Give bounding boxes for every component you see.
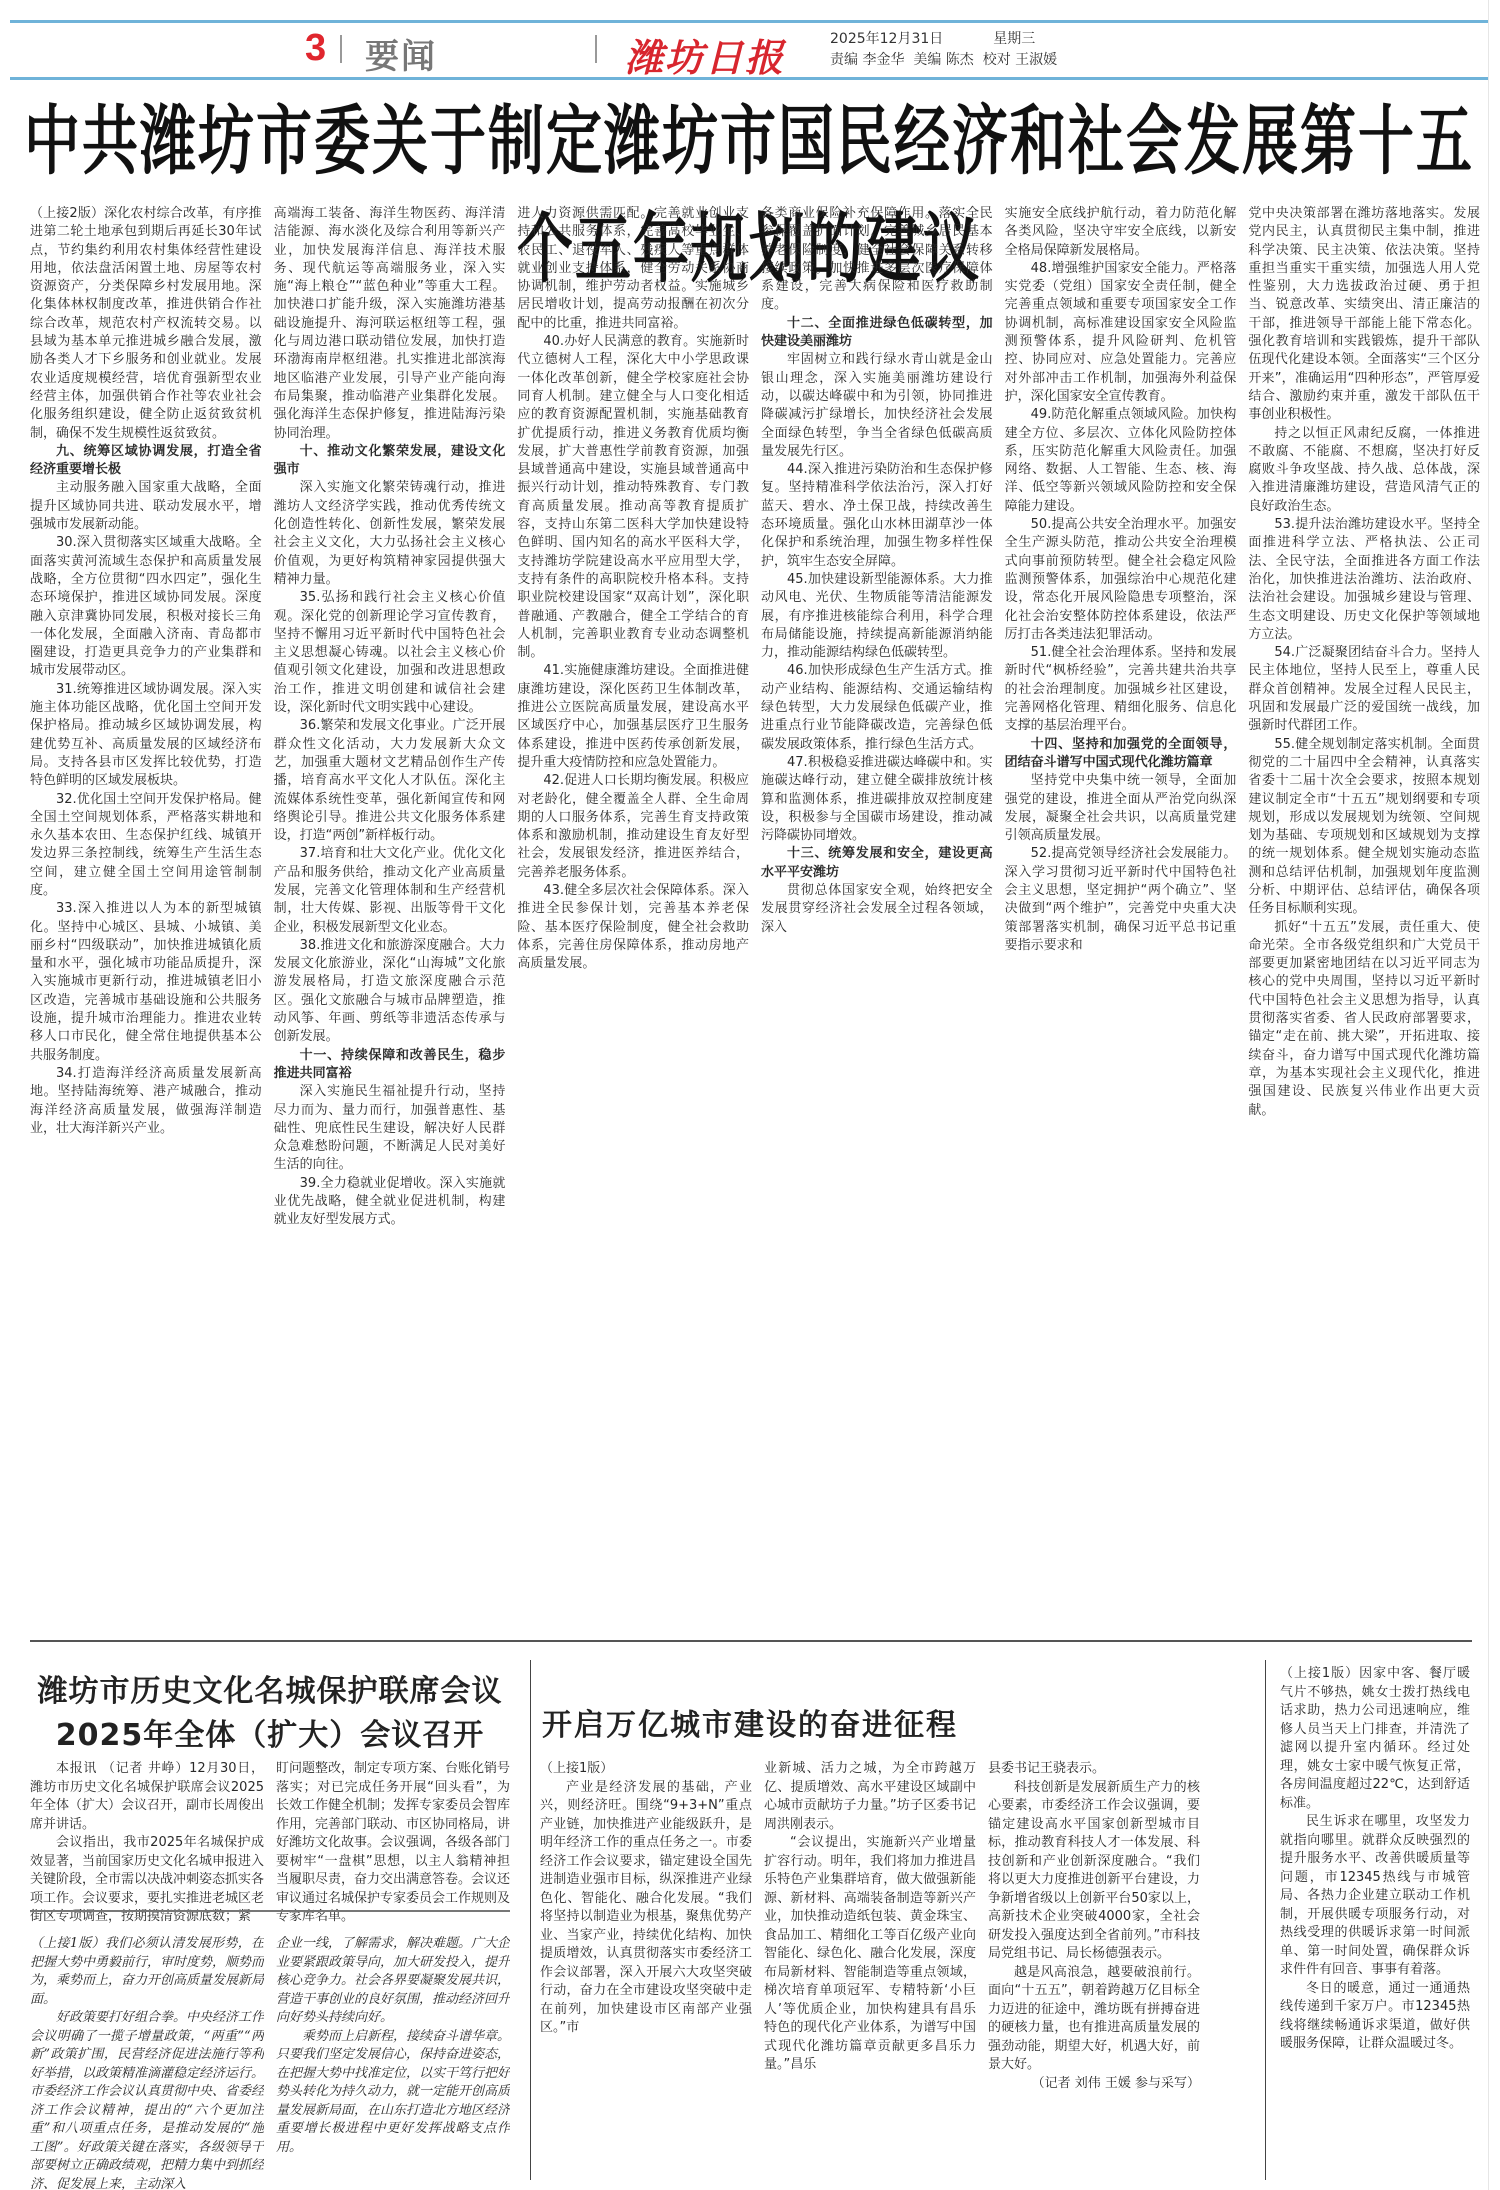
city-article-body: （上接1版）产业是经济发展的基础，产业兴，则经济旺。围绕“9+3+N”重点产业链… [540,1760,1200,2180]
date-row: 2025年12月31日星期三 [830,29,1057,50]
paragraph: 高端海工装备、海洋生物医药、海洋清洁能源、海水淡化及综合利用等新兴产业，加快发展… [274,205,506,443]
paragraph: 35.弘扬和践行社会主义核心价值观。深化党的创新理论学习宣传教育，坚持不懈用习近… [274,589,506,717]
paragraph: 持之以恒正风肃纪反腐，一体推进不敢腐、不能腐、不想腐，坚决打好反腐败斗争攻坚战、… [1248,425,1480,516]
issue-date: 2025年12月31日 [830,31,943,47]
paragraph: 民生诉求在哪里，攻坚发力就指向哪里。就群众反映强烈的提升服务水平、改善供暖质量等… [1280,1813,1470,1980]
issue-weekday: 星期三 [993,31,1035,47]
paragraph: 县委书记王骁表示。 [988,1760,1200,1779]
paper-logo: 潍坊日报 [625,27,785,82]
paragraph: “会议提出，实施新兴产业增量扩容行动。明年，我们将加力推进昌乐特色产业集群培育，… [764,1834,976,2075]
heritage-title-line2: 2025年全体（扩大）会议召开 [30,1714,510,1758]
masthead-info: 2025年12月31日星期三 责编 李金华 美编 陈杰 校对 王淑媛 [830,29,1057,71]
paragraph: 科技创新是发展新质生产力的核心要素，市委经济工作会议强调，要锚定建设高水平国家创… [988,1779,1200,1964]
paragraph: 54.广泛凝聚团结奋斗合力。坚持人民主体地位，坚持人民至上，尊重人民群众首创精神… [1248,644,1480,735]
paragraph: （上接2版）深化农村综合改革，有序推进第二轮土地承包到期后再延长30年试点，节约… [30,205,262,443]
paragraph: （上接1版）因家中客、餐厅暖气片不够热，姚女士拨打热线电话求助，热力公司迅速响应… [1280,1665,1470,1813]
paragraph: （上接1版） [540,1760,752,1779]
text-column: 企业一线，了解需求，解决难题。广大企业要紧跟政策导向，加大研发投入，提升核心竞争… [276,1935,510,2190]
text-column: （上接1版）我们必须认清发展形势，在把握大势中勇毅前行，审时度势，顺势而为，乘势… [30,1935,264,2190]
paragraph: 45.加快建设新型能源体系。大力推动风电、光伏、生物质能等清洁能源发展，有序推进… [761,571,993,662]
text-column: 高端海工装备、海洋生物医药、海洋清洁能源、海水淡化及综合利用等新兴产业，加快发展… [274,205,506,1625]
paragraph: 产业是经济发展的基础，产业兴，则经济旺。围绕“9+3+N”重点产业链，加快推进产… [540,1779,752,2038]
paragraph: 34.打造海洋经济高质量发展新高地。坚持陆海统筹、港产城融合，推动海洋经济高质量… [30,1065,262,1138]
paragraph: 51.健全社会治理体系。坚持和发展新时代“枫桥经验”，完善共建共治共享的社会治理… [1005,644,1237,735]
paragraph: 深入实施民生福祉提升行动，坚持尽力而为、量力而行，加强普惠性、基础性、兜底性民生… [274,1083,506,1174]
heritage-article-title: 潍坊市历史文化名城保护联席会议 2025年全体（扩大）会议召开 [30,1670,510,1758]
text-column: （上接1版）产业是经济发展的基础，产业兴，则经济旺。围绕“9+3+N”重点产业链… [540,1760,752,2180]
paragraph: 30.深入贯彻落实区域重大战略。全面落实黄河流域生态保护和高质量发展战略，全方位… [30,534,262,680]
paragraph: 乘势而上启新程，接续奋斗谱华章。只要我们坚定发展信心，保持奋进姿态，在把握大势中… [276,2028,510,2158]
main-article-body: （上接2版）深化农村综合改革，有序推进第二轮土地承包到期后再延长30年试点，节约… [30,205,1480,1625]
text-column: 实施安全底线护航行动，着力防范化解各类风险，坚决守牢安全底线，以新安全格局保障新… [1005,205,1237,1625]
text-column: 县委书记王骁表示。科技创新是发展新质生产力的核心要素，市委经济工作会议强调，要锚… [988,1760,1200,2180]
section-subheading: 十四、坚持和加强党的全面领导，团结奋斗谱写中国式现代化潍坊篇章 [1005,736,1237,773]
paragraph: 43.健全多层次社会保障体系。深入推进全民参保计划，完善基本养老保险、基本医疗保… [517,882,749,973]
text-column: 本报讯 （记者 井峥）12月30日，潍坊市历史文化名城保护联席会议2025年全体… [30,1760,264,1927]
newspaper-page: 3 要闻 潍坊日报 2025年12月31日星期三 责编 李金华 美编 陈杰 校对… [10,0,1489,2190]
paragraph: 47.积极稳妥推进碳达峰碳中和。实施碳达峰行动，建立健全碳排放统计核算和监测体系… [761,754,993,845]
text-column: 党中央决策部署在潍坊落地落实。发展党内民主，认真贯彻民主集中制，推进科学决策、民… [1248,205,1480,1625]
section-subheading: 十、推动文化繁荣发展，建设文化强市 [274,443,506,480]
paragraph: 41.实施健康潍坊建设。全面推进健康潍坊建设，深化医药卫生体制改革，推进公立医院… [517,662,749,772]
paragraph: 42.促进人口长期均衡发展。积极应对老龄化，健全覆盖全人群、全生命周期的人口服务… [517,772,749,882]
paragraph: 各类商业保险补充保障作用。落实全民参保覆盖扩面计划，完善城乡居民基本养老保险制度… [761,205,993,315]
paragraph: 业新城、活力之城，为全市跨越万亿、提质增效、高水平建设区域副中心城市贡献坊子力量… [764,1760,976,1834]
page-number: 3 [305,27,326,70]
paragraph: 52.提高党领导经济社会发展能力。深入学习贯彻习近平新时代中国特色社会主义思想，… [1005,845,1237,955]
paragraph: 32.优化国土空间开发保护格局。健全国土空间规划体系，严格落实耕地和永久基本农田… [30,791,262,901]
paragraph: 48.增强维护国家安全能力。严格落实党委（党组）国家安全责任制，健全完善重点领域… [1005,260,1237,406]
section-subheading: 十一、持续保障和改善民生，稳步推进共同富裕 [274,1047,506,1084]
section-divider [30,1640,1472,1642]
section-name: 要闻 [365,29,437,78]
paragraph: （上接1版）我们必须认清发展形势，在把握大势中勇毅前行，审时度势，顺势而为，乘势… [30,1935,264,2009]
paragraph: 主动服务融入国家重大战略，全面提升区域协同共进、联动发展水平，增强城市发展新动能… [30,479,262,534]
editors-credit: 责编 李金华 美编 陈杰 校对 王淑媛 [830,50,1057,71]
text-column: （上接2版）深化农村综合改革，有序推进第二轮土地承包到期后再延长30年试点，节约… [30,205,262,1625]
paragraph: 实施安全底线护航行动，着力防范化解各类风险，坚决守牢安全底线，以新安全格局保障新… [1005,205,1237,260]
paragraph: 贯彻总体国家安全观，始终把安全发展贯穿经济社会发展全过程各领域，深入 [761,882,993,937]
paragraph: 坚持党中央集中统一领导，全面加强党的建设，推进全面从严治党向纵深发展，凝聚全社会… [1005,772,1237,845]
text-column: 各类商业保险补充保障作用。落实全民参保覆盖扩面计划，完善城乡居民基本养老保险制度… [761,205,993,1625]
section-subheading: 九、统筹区域协调发展，打造全省经济重要增长极 [30,443,262,480]
paragraph: 44.深入推进污染防治和生态保护修复。坚持精准科学依法治污，深入打好蓝天、碧水、… [761,461,993,571]
paragraph: 49.防范化解重点领域风险。加快构建全方位、多层次、立体化风险防控体系，压实防范… [1005,406,1237,516]
heritage-article-body: 本报讯 （记者 井峥）12月30日，潍坊市历史文化名城保护联席会议2025年全体… [30,1760,510,1927]
paragraph: 牢固树立和践行绿水青山就是金山银山理念，深入实施美丽潍坊建设行动，以碳达峰碳中和… [761,351,993,461]
column-divider [530,1660,531,2180]
paragraph: 冬日的暖意，通过一通通热线传递到千家万户。市12345热线将继续畅通诉求渠道，做… [1280,1980,1470,2054]
byline: （记者 刘伟 王媛 参与采写） [988,2075,1200,2094]
masthead-divider [340,35,342,63]
article-divider [30,1910,510,1912]
paragraph: 50.提高公共安全治理水平。加强安全生产源头防范，推动公共安全治理模式向事前预防… [1005,516,1237,644]
paragraph: 33.深入推进以人为本的新型城镇化。坚持中心城区、县城、小城镇、美丽乡村“四级联… [30,900,262,1065]
column-divider [1265,1660,1266,2180]
text-column: （上接1版）因家中客、餐厅暖气片不够热，姚女士拨打热线电话求助，热力公司迅速响应… [1280,1665,1470,2054]
paragraph: 39.全力稳就业促增收。深入实施就业优先战略，健全就业促进机制，构建就业友好型发… [274,1175,506,1230]
paragraph: 46.加快形成绿色生产生活方式。推动产业结构、能源结构、交通运输结构绿色转型，大… [761,662,993,753]
heating-article-body: （上接1版）因家中客、餐厅暖气片不够热，姚女士拨打热线电话求助，热力公司迅速响应… [1280,1665,1470,2054]
paragraph: 36.繁荣和发展文化事业。广泛开展群众性文化活动，大力发展新大众文艺，加强重大题… [274,717,506,845]
text-column: 盯问题整改，制定专项方案、台账化销号落实；对已完成任务开展“回头看”，为长效工作… [276,1760,510,1927]
heritage-title-line1: 潍坊市历史文化名城保护联席会议 [30,1670,510,1714]
paragraph: 党中央决策部署在潍坊落地落实。发展党内民主，认真贯彻民主集中制，推进科学决策、民… [1248,205,1480,425]
paragraph: 55.健全规划制定落实机制。全面贯彻党的二十届四中全会精神，认真落实省委十二届十… [1248,736,1480,919]
paragraph: 越是风高浪急，越要破浪前行。面向“十五五”，朝着跨越万亿目标全力迈进的征途中，潍… [988,1964,1200,2075]
paragraph: 好政策要打好组合拳。中央经济工作会议明确了一揽子增量政策，“两重”“两新”政策扩… [30,2009,264,2190]
paragraph: 进人力资源供需匹配。完善就业创业支持和公共服务体系，完善高校毕业生、农民工、退役… [517,205,749,333]
city-article-title: 开启万亿城市建设的奋进征程 [540,1700,960,1744]
paragraph: 38.推进文化和旅游深度融合。大力发展文化旅游业，深化“山海城”文化旅游发展格局… [274,937,506,1047]
paragraph: 40.办好人民满意的教育。实施新时代立德树人工程，深化大中小学思政课一体化改革创… [517,333,749,662]
paragraph: 盯问题整改，制定专项方案、台账化销号落实；对已完成任务开展“回头看”，为长效工作… [276,1760,510,1927]
paragraph: 抓好“十五五”发展，责任重大、使命光荣。全市各级党组织和广大党员干部要更加紧密地… [1248,919,1480,1120]
section-subheading: 十三、统筹发展和安全，建设更高水平平安潍坊 [761,845,993,882]
text-column: 进人力资源供需匹配。完善就业创业支持和公共服务体系，完善高校毕业生、农民工、退役… [517,205,749,1625]
paragraph: 企业一线，了解需求，解决难题。广大企业要紧跟政策导向，加大研发投入，提升核心竞争… [276,1935,510,2028]
masthead: 3 要闻 潍坊日报 2025年12月31日星期三 责编 李金华 美编 陈杰 校对… [10,20,1488,80]
paragraph: 会议指出，我市2025年名城保护成效显著，当前国家历史文化名城申报进入关键阶段，… [30,1834,264,1927]
section-subheading: 十二、全面推进绿色低碳转型，加快建设美丽潍坊 [761,315,993,352]
commentary-article-body: （上接1版）我们必须认清发展形势，在把握大势中勇毅前行，审时度势，顺势而为，乘势… [30,1935,510,2190]
paragraph: 深入实施文化繁荣铸魂行动，推进潍坊人文经济学实践，推动优秀传统文化创造性转化、创… [274,479,506,589]
paragraph: 37.培育和壮大文化产业。优化文化产品和服务供给，推动文化产业高质量发展，完善文… [274,845,506,936]
paragraph: 53.提升法治潍坊建设水平。坚持全面推进科学立法、严格执法、公正司法、全民守法，… [1248,516,1480,644]
text-column: 业新城、活力之城，为全市跨越万亿、提质增效、高水平建设区域副中心城市贡献坊子力量… [764,1760,976,2180]
paragraph: 本报讯 （记者 井峥）12月30日，潍坊市历史文化名城保护联席会议2025年全体… [30,1760,264,1834]
masthead-divider [595,35,597,63]
paragraph: 31.统筹推进区域协调发展。深入实施主体功能区战略，优化国土空间开发保护格局。推… [30,681,262,791]
